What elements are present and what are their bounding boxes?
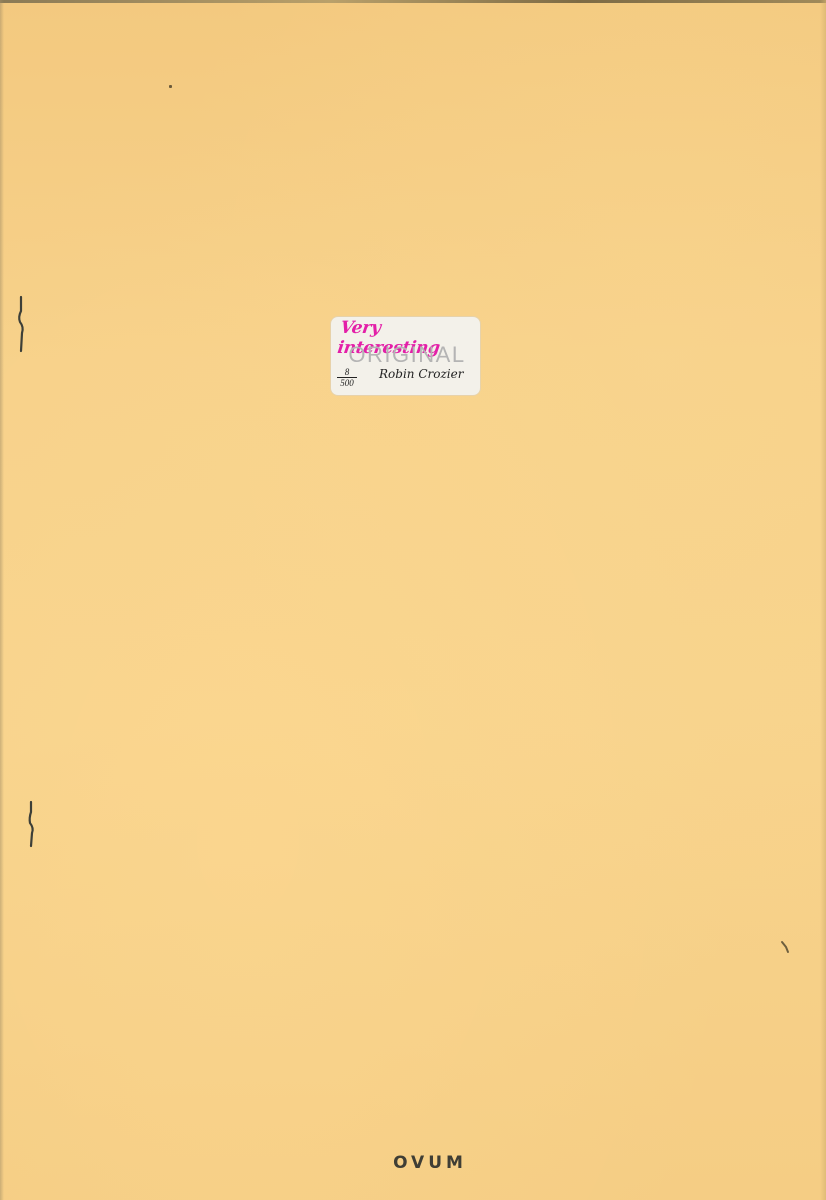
right-edge — [820, 0, 826, 1200]
original-stamp: ORIGINAL — [334, 342, 480, 368]
edition-numerator: 8 — [337, 367, 357, 378]
edition-denominator: 500 — [337, 378, 357, 388]
signature: Robin Crozier — [379, 367, 463, 381]
staple-icon — [26, 800, 36, 848]
paper-speck — [169, 85, 172, 88]
left-edge — [0, 0, 4, 1200]
paper-mark — [780, 940, 792, 959]
top-edge — [0, 0, 826, 3]
cover-title: OVUM — [0, 1153, 826, 1173]
edition-number: 8 500 — [337, 367, 357, 388]
staple-icon — [16, 295, 26, 353]
booklet-cover: Very interesting ORIGINAL 8 500 Robin Cr… — [0, 0, 826, 1200]
edition-label: Very interesting ORIGINAL 8 500 Robin Cr… — [331, 317, 480, 395]
